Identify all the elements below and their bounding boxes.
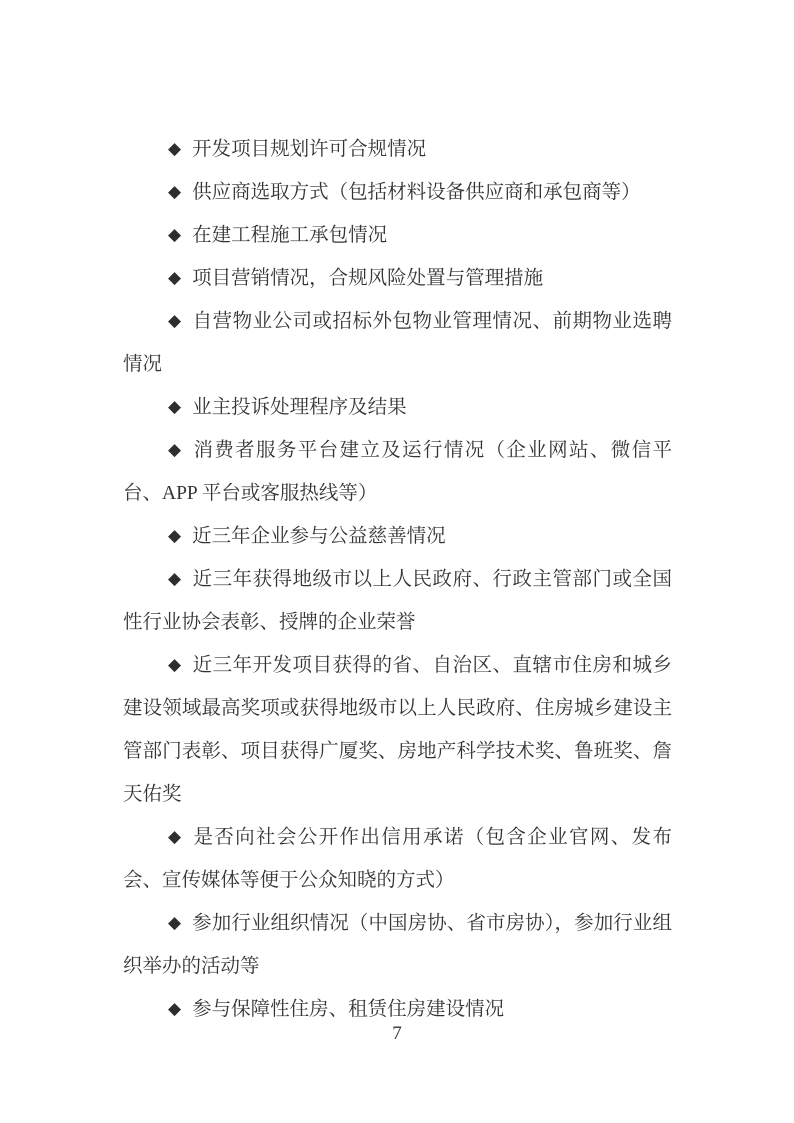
bullet-item: ◆供应商选取方式（包括材料设备供应商和承包商等） bbox=[123, 171, 672, 214]
bullet-item-text: 自营物业公司或招标外包物业管理情况、前期物业选聘情况 bbox=[123, 311, 672, 375]
bullet-item: ◆自营物业公司或招标外包物业管理情况、前期物业选聘情况 bbox=[123, 300, 672, 386]
diamond-bullet-icon: ◆ bbox=[168, 256, 181, 299]
bullet-item-text: 开发项目规划许可合规情况 bbox=[192, 139, 426, 160]
bullet-item-text: 参加行业组织情况（中国房协、省市房协），参加行业组织举办的活动等 bbox=[123, 913, 672, 977]
bullet-item: ◆近三年获得地级市以上人民政府、行政主管部门或全国性行业协会表彰、授牌的企业荣誉 bbox=[123, 558, 672, 644]
bullet-item-text: 在建工程施工承包情况 bbox=[192, 225, 387, 246]
bullet-list: ◆开发项目规划许可合规情况 ◆供应商选取方式（包括材料设备供应商和承包商等） ◆… bbox=[123, 128, 672, 1031]
bullet-item: ◆业主投诉处理程序及结果 bbox=[123, 386, 672, 429]
bullet-item: ◆近三年企业参与公益慈善情况 bbox=[123, 515, 672, 558]
diamond-bullet-icon: ◆ bbox=[168, 127, 181, 170]
bullet-item-text: 近三年获得地级市以上人民政府、行政主管部门或全国性行业协会表彰、授牌的企业荣誉 bbox=[123, 569, 672, 633]
diamond-bullet-icon: ◆ bbox=[168, 428, 181, 471]
diamond-bullet-icon: ◆ bbox=[168, 213, 181, 256]
bullet-item: ◆是否向社会公开作出信用承诺（包含企业官网、发布会、宣传媒体等便于公众知晓的方式… bbox=[123, 816, 672, 902]
bullet-item: ◆开发项目规划许可合规情况 bbox=[123, 128, 672, 171]
bullet-item: ◆在建工程施工承包情况 bbox=[123, 214, 672, 257]
diamond-bullet-icon: ◆ bbox=[168, 643, 181, 686]
bullet-item-text: 近三年企业参与公益慈善情况 bbox=[192, 526, 446, 547]
diamond-bullet-icon: ◆ bbox=[168, 299, 181, 342]
bullet-item-text: 近三年开发项目获得的省、自治区、直辖市住房和城乡建设领域最高奖项或获得地级市以上… bbox=[123, 655, 672, 805]
bullet-item: ◆近三年开发项目获得的省、自治区、直辖市住房和城乡建设领域最高奖项或获得地级市以… bbox=[123, 644, 672, 816]
bullet-item: ◆项目营销情况，合规风险处置与管理措施 bbox=[123, 257, 672, 300]
document-page: ◆开发项目规划许可合规情况 ◆供应商选取方式（包括材料设备供应商和承包商等） ◆… bbox=[0, 0, 794, 1123]
diamond-bullet-icon: ◆ bbox=[168, 514, 181, 557]
diamond-bullet-icon: ◆ bbox=[168, 557, 181, 600]
bullet-item: ◆参加行业组织情况（中国房协、省市房协），参加行业组织举办的活动等 bbox=[123, 902, 672, 988]
bullet-item-text: 业主投诉处理程序及结果 bbox=[192, 397, 407, 418]
bullet-item-text: 参与保障性住房、租赁住房建设情况 bbox=[192, 999, 504, 1020]
bullet-item-text: 项目营销情况，合规风险处置与管理措施 bbox=[192, 268, 543, 289]
diamond-bullet-icon: ◆ bbox=[168, 170, 181, 213]
bullet-item-text: 供应商选取方式（包括材料设备供应商和承包商等） bbox=[192, 182, 641, 203]
bullet-item-text: 消费者服务平台建立及运行情况（企业网站、微信平台、APP 平台或客服热线等） bbox=[123, 440, 672, 504]
page-number: 7 bbox=[0, 1020, 794, 1048]
diamond-bullet-icon: ◆ bbox=[168, 901, 181, 944]
bullet-item: ◆消费者服务平台建立及运行情况（企业网站、微信平台、APP 平台或客服热线等） bbox=[123, 429, 672, 515]
diamond-bullet-icon: ◆ bbox=[168, 385, 181, 428]
bullet-item-text: 是否向社会公开作出信用承诺（包含企业官网、发布会、宣传媒体等便于公众知晓的方式） bbox=[123, 827, 672, 891]
diamond-bullet-icon: ◆ bbox=[168, 815, 181, 858]
